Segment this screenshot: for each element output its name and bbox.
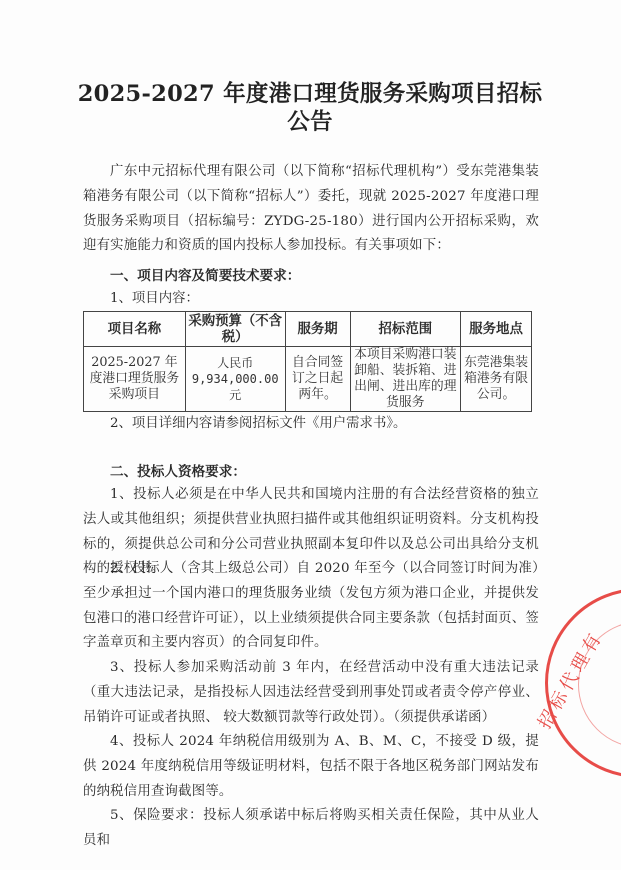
official-seal-stamp: 招标代理有 xyxy=(545,588,621,778)
requirement-4: 4、投标人 2024 年纳税信用级别为 A、B、M、C，不接受 D 级，提供 2… xyxy=(83,730,539,804)
header-budget: 采购预算（不含税） xyxy=(185,312,285,347)
cell-location: 东莞港集装箱港务有限公司。 xyxy=(461,347,532,412)
requirement-2: 2、投标人（含其上级总公司）自 2020 年至今（以合同签订时间为准）至少承担过… xyxy=(83,557,539,656)
table-row: 2025-2027 年度港口理货服务采购项目 人民币 9,934,000.00 … xyxy=(84,347,532,412)
cell-service-period: 自合同签订之日起两年。 xyxy=(285,347,350,412)
header-service-period: 服务期 xyxy=(285,312,350,347)
header-project-name: 项目名称 xyxy=(84,312,186,347)
title-line-2: 公告 xyxy=(60,108,560,136)
cell-budget: 人民币 9,934,000.00 元 xyxy=(185,347,285,412)
intro-paragraph: 广东中元招标代理有限公司（以下简称“招标代理机构”）受东莞港集装箱港务有限公司（… xyxy=(83,160,539,259)
section-1-item-2: 2、项目详细内容请参阅招标文件《用户需求书》。 xyxy=(110,414,406,434)
requirement-5: 5、保险要求：投标人须承诺中标后将购买相关责任保险，其中从业人员和 xyxy=(83,804,539,854)
section-1-item-1-label: 1、项目内容： xyxy=(110,289,199,309)
section-1-heading: 一、项目内容及简要技术要求： xyxy=(110,266,300,286)
cell-scope: 本项目采购港口装卸船、装拆箱、进出闸、进出库的理货服务 xyxy=(350,347,461,412)
requirement-3: 3、投标人参加采购活动前 3 年内，在经营活动中没有重大违法记录（重大违法记录，… xyxy=(83,656,539,730)
header-scope: 招标范围 xyxy=(350,312,461,347)
document-title: 2025-2027 年度港口理货服务采购项目招标 公告 xyxy=(60,80,560,136)
header-location: 服务地点 xyxy=(461,312,532,347)
project-table: 项目名称 采购预算（不含税） 服务期 招标范围 服务地点 2025-2027 年… xyxy=(83,311,532,412)
table-header-row: 项目名称 采购预算（不含税） 服务期 招标范围 服务地点 xyxy=(84,312,532,347)
title-line-1: 2025-2027 年度港口理货服务采购项目招标 xyxy=(60,80,560,108)
section-2-heading: 二、投标人资格要求： xyxy=(110,462,246,482)
cell-project-name: 2025-2027 年度港口理货服务采购项目 xyxy=(84,347,186,412)
